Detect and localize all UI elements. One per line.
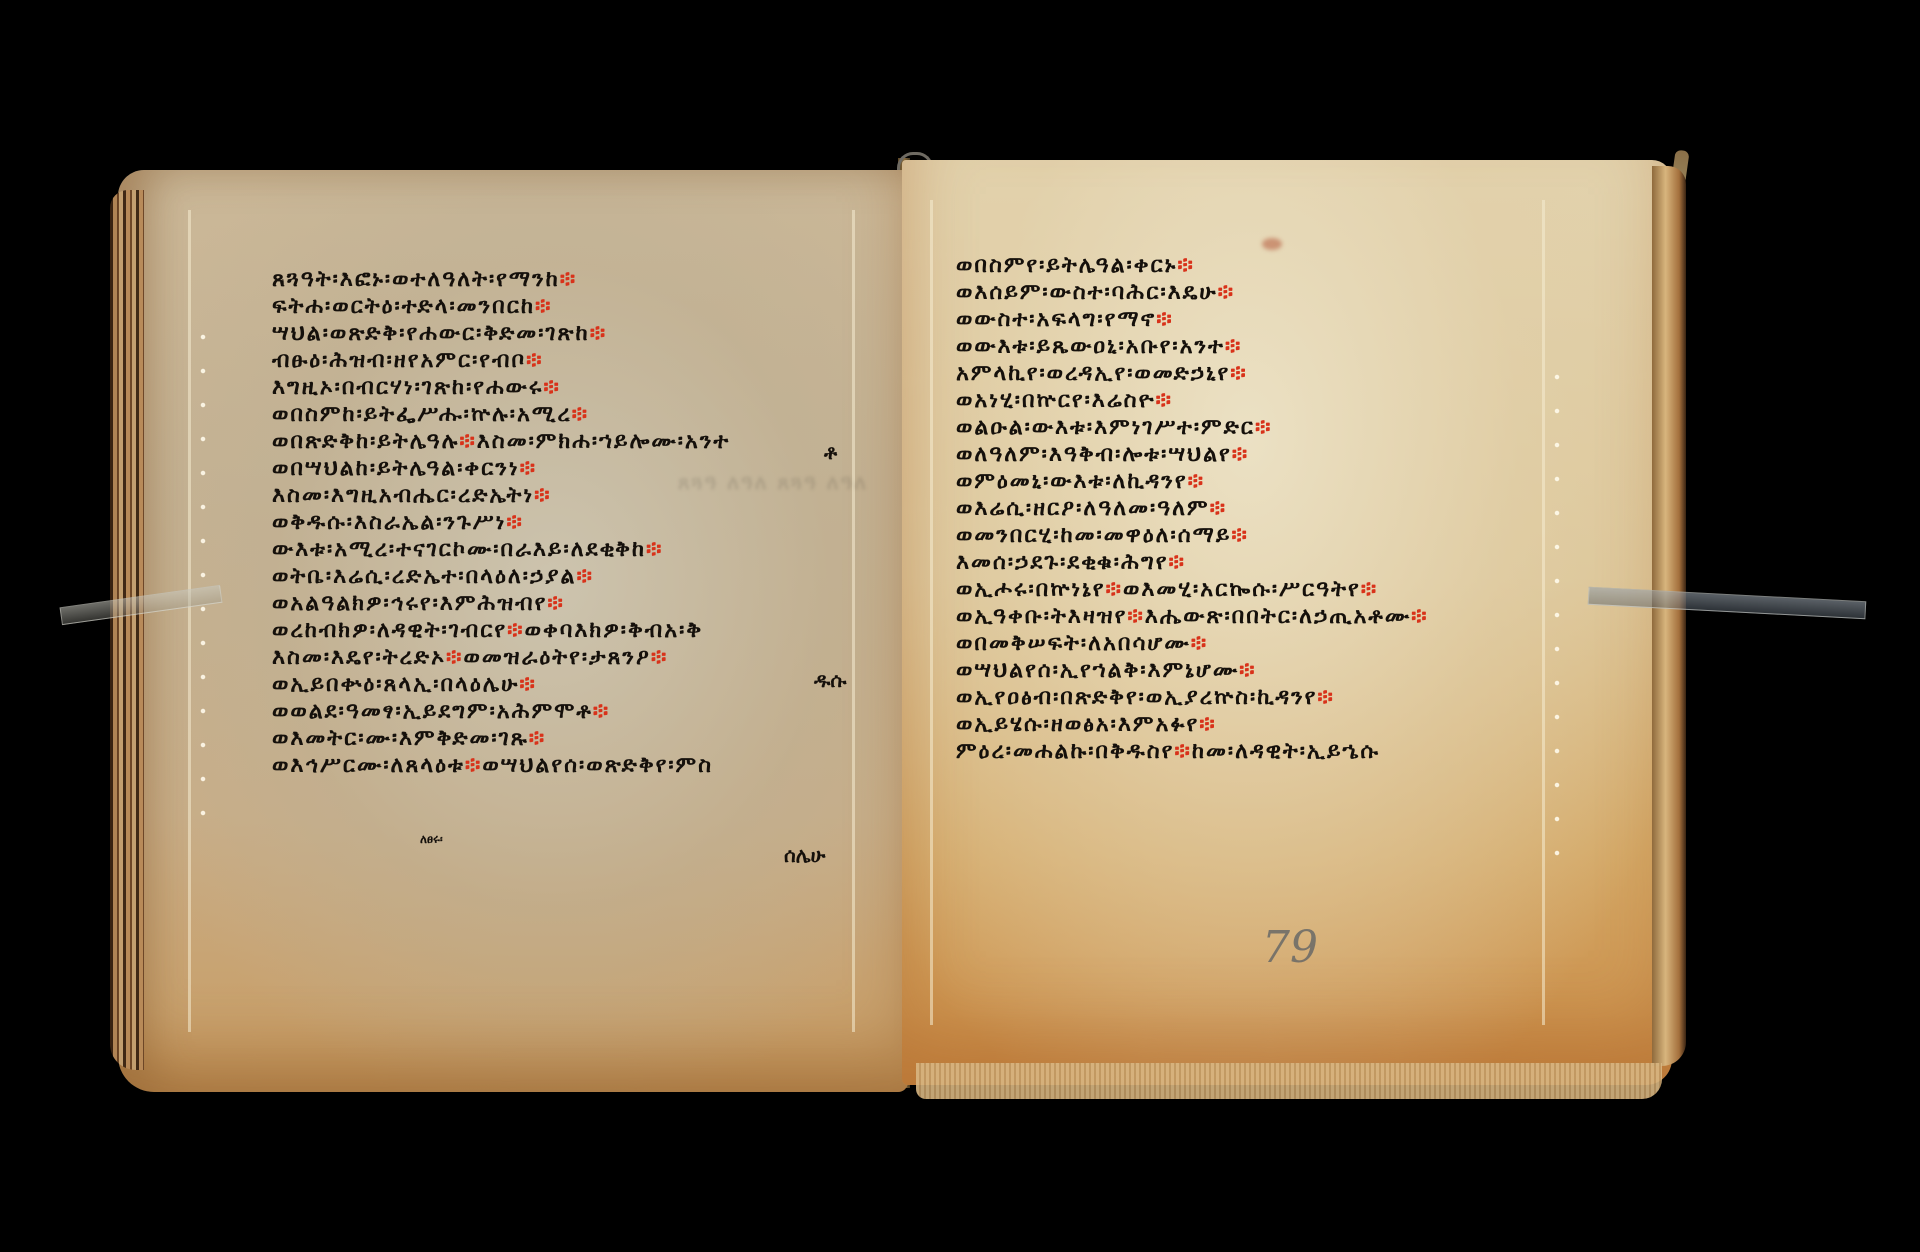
text-line: ወእሰይም፡ውስተ፡ባሕር፡እዴሁ፨ bbox=[956, 279, 1429, 306]
text-line: ፍትሐ፡ወርትዕ፡ተድላ፡መንበርከ፨ bbox=[272, 293, 730, 320]
text-line: ወበስምየ፡ይትሌዓል፡ቀርኑ፨ bbox=[956, 252, 1429, 279]
text-line: ወኢየዐፅብ፡በጽድቅየ፡ወኢያረኵስ፡ኪዳንየ፨ bbox=[956, 684, 1429, 711]
text-line: ወእኅሥርሙ፡ለጸላዕቱ፨ወሣህልየሰ፡ወጽድቅየ፡ምስ bbox=[272, 752, 730, 779]
manuscript-photo: ጸጓዓ ለዓለ ጸጓዓ ለዓለ ጸጓዓት፡እፎኑ፡ወተለዓለት፡የማንከ፨ ፍት… bbox=[0, 0, 1920, 1252]
text-line: ወኢይሄሱ፡ዘወፅአ፡እምአፉየ፨ bbox=[956, 711, 1429, 738]
text-line: ወኢሖሩ፡በኵነኔየ፨ወእመሂ፡አርኰሱ፡ሥርዓትየ፨ bbox=[956, 576, 1429, 603]
text-line: ወኢዓቀቡ፡ትእዛዝየ፨እሔውጽ፡በበትር፡ለኃጢአቶሙ፨ bbox=[956, 603, 1429, 630]
text-line: ሣህል፡ወጽድቅ፡የሐውር፡ቅድመ፡ገጽከ፨ bbox=[272, 320, 730, 347]
right-prickings bbox=[1554, 360, 1560, 880]
text-line: ወበስምከ፡ይትፌሥሑ፡ኵሉ፡አሚረ፨ bbox=[272, 401, 730, 428]
left-ruling-line bbox=[188, 210, 191, 1032]
text-line: እስመ፡እግዚአብሔር፡ረድኤትነ፨ bbox=[272, 482, 730, 509]
margin-note: ዱሱ bbox=[814, 668, 846, 692]
text-line: ጸጓዓት፡እፎኑ፡ወተለዓለት፡የማንከ፨ bbox=[272, 266, 730, 293]
left-ruling-line-inner bbox=[852, 210, 855, 1032]
text-line: ወቅዱሱ፡እስራኤል፡ንጉሥነ፨ bbox=[272, 509, 730, 536]
text-line: ወመንበርሂ፡ከመ፡መዋዕለ፡ሰማይ፨ bbox=[956, 522, 1429, 549]
right-ruling-line bbox=[930, 200, 933, 1025]
interlinear-note: ለፀሩ፡ bbox=[420, 832, 443, 847]
text-line: ወረከብክዎ፡ለዳዊት፡ገብርየ፨ወቀባእክዎ፡ቅብአ፡ቅ bbox=[272, 617, 730, 644]
left-fore-edge bbox=[110, 190, 144, 1070]
right-bottom-edge bbox=[916, 1063, 1662, 1099]
text-line: ወእመትር፡ሙ፡እምቅድመ፡ገጹ፨ bbox=[272, 725, 730, 752]
text-line: ወምዕመኒ፡ውእቱ፡ለኪዳንየ፨ bbox=[956, 468, 1429, 495]
text-line: ወአልዓልክዎ፡ኅሩየ፡እምሕዝብየ፨ bbox=[272, 590, 730, 617]
margin-note: ቶ bbox=[824, 440, 837, 464]
text-line: እመሰ፡ኃደጉ፡ደቂቁ፡ሕግየ፨ bbox=[956, 549, 1429, 576]
text-line: ወበመቅሠፍት፡ለአበሳሆሙ፨ bbox=[956, 630, 1429, 657]
text-line: ብፁዕ፡ሕዝብ፡ዘየአምር፡የብቦ፨ bbox=[272, 347, 730, 374]
margin-note: ሰሌሁ bbox=[784, 843, 825, 867]
text-line: ወትቤ፡እሬሲ፡ረድኤተ፡በላዕለ፡ኃያል፨ bbox=[272, 563, 730, 590]
text-line: ወወልደ፡ዓመፃ፡ኢይደግም፡አሕምሞቶ፨ bbox=[272, 698, 730, 725]
text-line: ውእቱ፡አሚረ፡ተናገርኮሙ፡በራእይ፡ለደቂቅከ፨ bbox=[272, 536, 730, 563]
folio-number: 79 bbox=[1262, 922, 1318, 973]
text-line: ወልዑል፡ውእቱ፡እምነገሥተ፡ምድር፨ bbox=[956, 414, 1429, 441]
text-line: ወእሬሲ፡ዘርዖ፡ለዓለመ፡ዓለም፨ bbox=[956, 495, 1429, 522]
text-line: ወአነሂ፡በኵርየ፡እሬስዮ፨ bbox=[956, 387, 1429, 414]
text-line: ወኢይበቍዕ፡ጸላኢ፡በላዕሌሁ፨ bbox=[272, 671, 730, 698]
text-line: ወበጽድቅከ፡ይትሌዓሉ፨እስመ፡ምክሐ፡ኀይሎሙ፡አንተ bbox=[272, 428, 730, 455]
left-prickings bbox=[200, 320, 206, 840]
text-line: ወበሣህልከ፡ይትሌዓል፡ቀርንነ፨ bbox=[272, 455, 730, 482]
text-line: አምላኪየ፡ወረዳኢየ፡ወመድኃኒየ፨ bbox=[956, 360, 1429, 387]
text-line: ወውእቱ፡ይጼውዐኒ፡አቡየ፡አንተ፨ bbox=[956, 333, 1429, 360]
right-ruling-line-outer bbox=[1542, 200, 1545, 1025]
text-line: እግዚኦ፡በብርሃነ፡ገጽከ፡የሐውሩ፨ bbox=[272, 374, 730, 401]
text-line: ምዕረ፡መሐልኩ፡በቅዱስየ፨ከመ፡ለዳዊት፡ኢይኄሱ bbox=[956, 738, 1429, 765]
right-page-text: ወበስምየ፡ይትሌዓል፡ቀርኑ፨ ወእሰይም፡ውስተ፡ባሕር፡እዴሁ፨ ወውስተ… bbox=[956, 252, 1429, 765]
ink-stain bbox=[1262, 238, 1282, 250]
text-line: እስመ፡እዴየ፡ትረድኦ፨ወመዝራዕትየ፡ታጸንዖ፨ bbox=[272, 644, 730, 671]
text-line: ወሣህልየሰ፡ኢየኀልቅ፡እምኔሆሙ፨ bbox=[956, 657, 1429, 684]
left-page-text: ጸጓዓት፡እፎኑ፡ወተለዓለት፡የማንከ፨ ፍትሐ፡ወርትዕ፡ተድላ፡መንበርከ… bbox=[272, 266, 730, 779]
right-fore-edge bbox=[1652, 166, 1686, 1066]
text-line: ወውስተ፡አፍላግ፡የማኖ፨ bbox=[956, 306, 1429, 333]
text-line: ወለዓለም፡እዓቅብ፡ሎቱ፡ሣህልየ፨ bbox=[956, 441, 1429, 468]
